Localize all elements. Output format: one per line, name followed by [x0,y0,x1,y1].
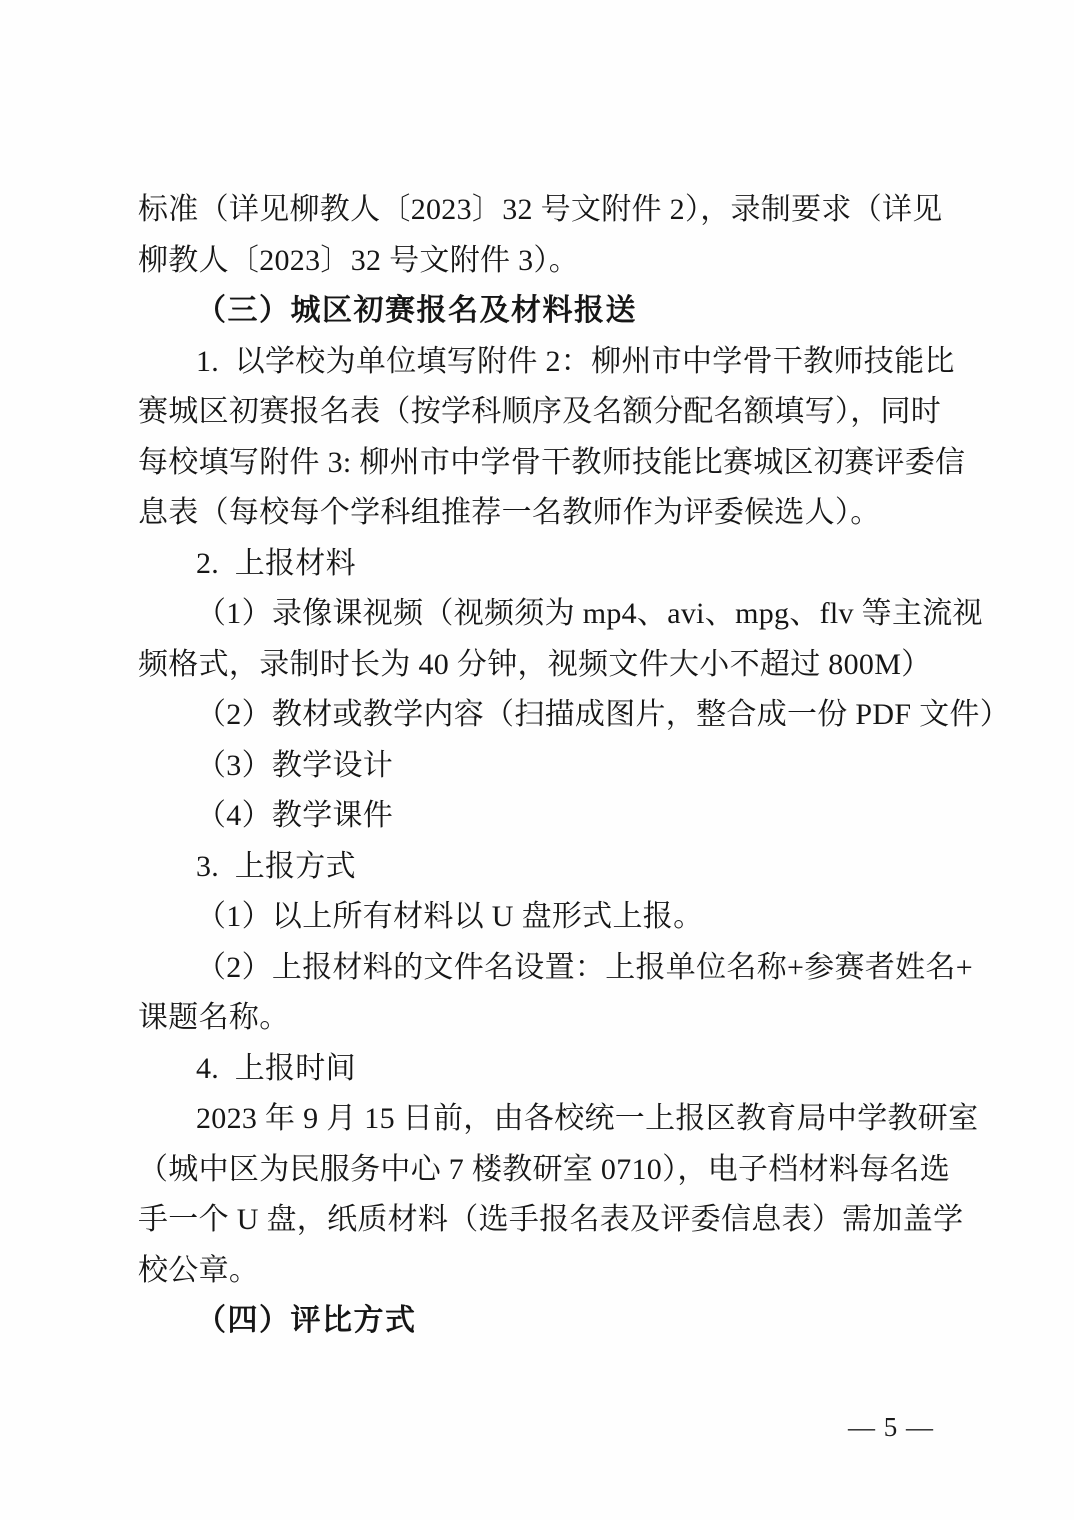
text-line: 标准（详见柳教人〔2023〕32 号文附件 2），录制要求（详见 [138,185,938,236]
text-line: 赛城区初赛报名表（按学科顺序及名额分配名额填写），同时 [138,387,938,438]
document-page: 标准（详见柳教人〔2023〕32 号文附件 2），录制要求（详见柳教人〔2023… [0,0,1074,1520]
text-line: 柳教人〔2023〕32 号文附件 3）。 [138,236,938,287]
text-line: 4. 上报时间 [138,1044,938,1095]
page-number: — 5 — [848,1412,934,1443]
text-line: （城中区为民服务中心 7 楼教研室 0710），电子档材料每名选 [138,1145,938,1196]
text-line: （2）上报材料的文件名设置：上报单位名称+参赛者姓名+ [138,943,938,994]
text-line: 每校填写附件 3: 柳州市中学骨干教师技能比赛城区初赛评委信 [138,438,938,489]
text-line: （1）录像课视频（视频须为 mp4、avi、mpg、flv 等主流视 [138,589,938,640]
text-line: 频格式，录制时长为 40 分钟，视频文件大小不超过 800M） [138,640,938,691]
text-line: （三）城区初赛报名及材料报送 [138,286,938,337]
text-line: 息表（每校每个学科组推荐一名教师作为评委候选人）。 [138,488,938,539]
text-line: 2023 年 9 月 15 日前，由各校统一上报区教育局中学教研室 [138,1094,938,1145]
text-line: （4）教学课件 [138,791,938,842]
document-body: 标准（详见柳教人〔2023〕32 号文附件 2），录制要求（详见柳教人〔2023… [138,185,938,1347]
text-line: （1）以上所有材料以 U 盘形式上报。 [138,892,938,943]
text-line: 2. 上报材料 [138,539,938,590]
text-line: 手一个 U 盘，纸质材料（选手报名表及评委信息表）需加盖学 [138,1195,938,1246]
text-line: 校公章。 [138,1246,938,1297]
text-line: 1. 以学校为单位填写附件 2：柳州市中学骨干教师技能比 [138,337,938,388]
text-line: （四）评比方式 [138,1296,938,1347]
text-line: 3. 上报方式 [138,842,938,893]
text-line: （2）教材或教学内容（扫描成图片，整合成一份 PDF 文件） [138,690,938,741]
text-line: （3）教学设计 [138,741,938,792]
text-line: 课题名称。 [138,993,938,1044]
